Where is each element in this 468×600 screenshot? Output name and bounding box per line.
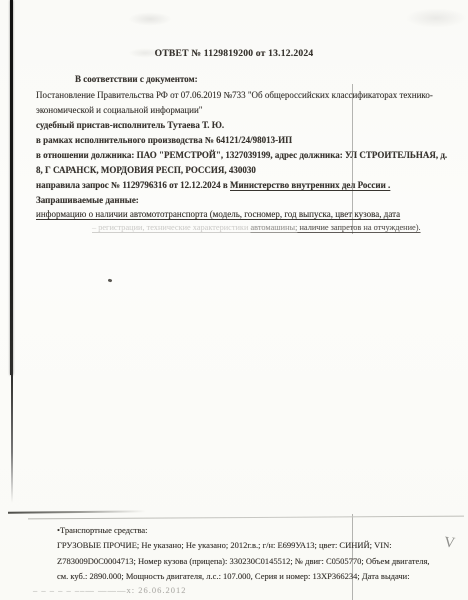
basis-line-1: Постановление Правительства РФ от 07.06.… xyxy=(36,89,464,101)
vehicle-line-1: ГРУЗОВЫЕ ПРОЧИЕ; Не указано; Не указано;… xyxy=(57,539,457,551)
handwritten-checkmark: V xyxy=(443,534,456,552)
bailiff-line: судебный пристав-исполнитель Тутаева Т. … xyxy=(36,119,464,131)
scanned-document-page: ОТВЕТ № 1129819200 от 13.12.2024 В соотв… xyxy=(0,0,468,600)
ink-speck xyxy=(108,278,113,282)
debtor-line-2: 8, Г САРАНСК, МОРДОВИЯ РЕСП, РОССИЯ, 430… xyxy=(36,164,464,176)
scan-smudge xyxy=(128,12,172,26)
scan-smudge xyxy=(405,8,467,28)
vehicle-line-4-faded: – – – – – ––— ———х: 26.06.2012 xyxy=(33,584,433,596)
scan-edge-artifact-tail xyxy=(11,375,13,503)
requested-data-line-2-faded: – регистрации, технические характеристик… xyxy=(92,223,250,232)
requested-data-line-2-semi: автомашины; xyxy=(250,223,297,232)
requested-data-line-2: – регистрации, технические характеристик… xyxy=(92,222,462,234)
requested-data-line-1: информацию о наличии автомототранспорта … xyxy=(36,208,464,220)
horizontal-smudge-line xyxy=(8,510,146,513)
request-prefix: направила запрос № 1129796316 от 12.12.2… xyxy=(36,180,230,190)
vehicle-line-2: Z783009D0C0004713; Номер кузова (прицепа… xyxy=(57,555,457,567)
vehicle-line-3: см. куб.: 2890.000; Мощность двигателя, … xyxy=(57,570,457,582)
vehicle-line-4-noise: – – – – – ––— ———х: xyxy=(33,585,138,595)
vehicle-line-4-date: 26.06.2012 xyxy=(138,585,186,595)
requested-data-heading: Запрашиваемые данные: xyxy=(36,194,464,206)
debtor-line-1: в отношении должника: ПАО "РЕМСТРОЙ", 13… xyxy=(36,149,464,161)
proceeding-line: в рамках исполнительного производства № … xyxy=(36,134,464,146)
document-title: ОТВЕТ № 1129819200 от 13.12.2024 xyxy=(0,48,468,60)
requested-data-line-2-visible: наличие запретов на отчуждение). xyxy=(297,223,420,232)
vehicles-heading: •Транспортные средства: xyxy=(57,524,457,536)
request-line: направила запрос № 1129796316 от 12.12.2… xyxy=(36,179,464,191)
basis-line-2: экономической и социальной информации" xyxy=(36,104,464,116)
request-recipient: Министерство внутренних дел России . xyxy=(230,180,390,190)
basis-heading: В соответствии с документом: xyxy=(36,73,468,85)
section-divider-line xyxy=(28,516,464,520)
